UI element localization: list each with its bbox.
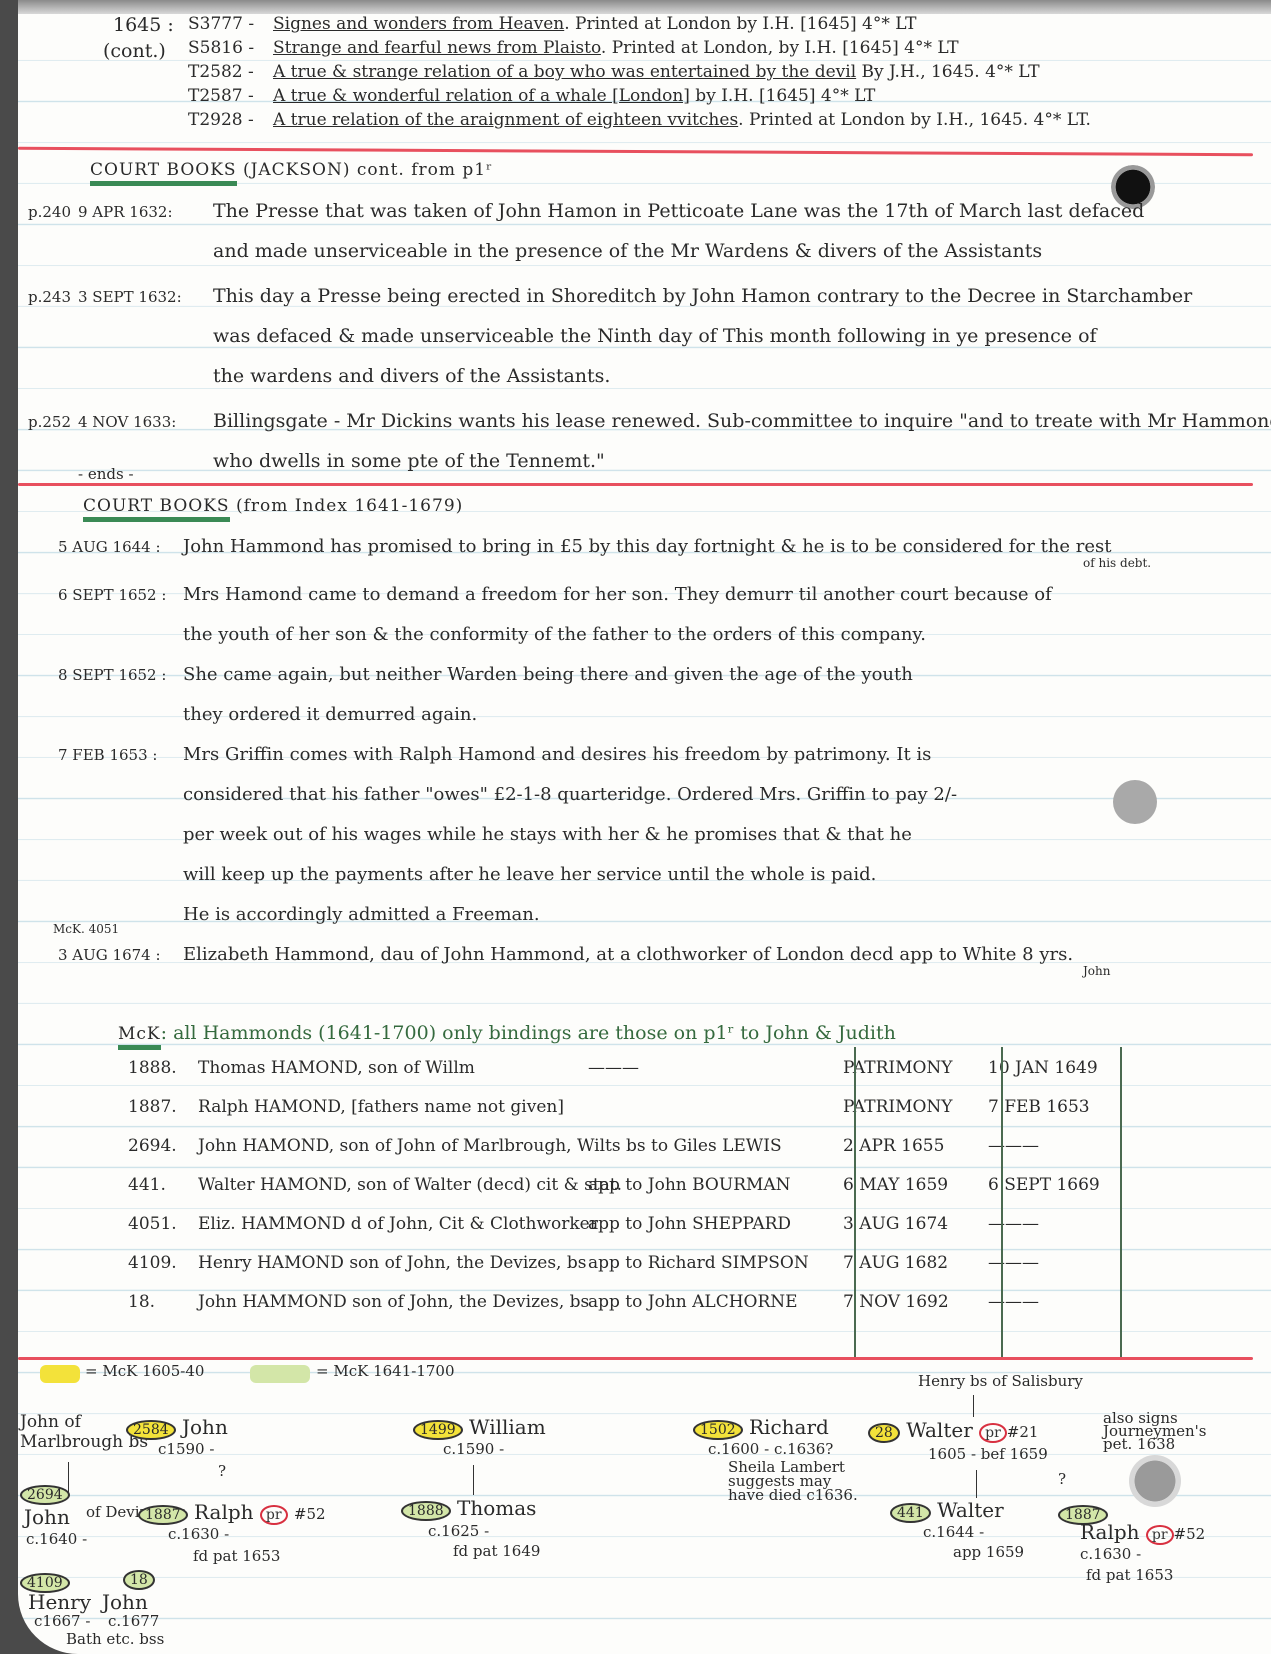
book-title: A true & strange relation of a boy who w… xyxy=(273,62,856,82)
tree-dates: c.1677 xyxy=(108,1612,159,1630)
tree-freedom: fd pat 1653 xyxy=(193,1547,280,1565)
tree-dates: c.1590 - xyxy=(443,1440,504,1458)
row-binding: 7 NOV 1692 xyxy=(843,1292,949,1312)
section-heading-jackson: COURT BOOKS (JACKSON) cont. from p1ʳ xyxy=(90,160,493,180)
table-divider xyxy=(1120,1047,1122,1357)
tree-node-walter-441: 441 Walter xyxy=(890,1498,1004,1523)
row-binding: 6 MAY 1659 xyxy=(843,1175,948,1195)
entry-text: John Hammond has promised to bring in £5… xyxy=(183,536,1112,557)
tree-node-john-2584: 2584 John xyxy=(126,1415,228,1440)
row-binding: PATRIMONY xyxy=(843,1097,953,1117)
tree-node-john-18: 18 xyxy=(123,1565,155,1590)
book-title: Signes and wonders from Heaven xyxy=(273,14,564,34)
table-row: 2694.John HAMOND, son of John of Marlbro… xyxy=(128,1128,1138,1167)
entry-text: This day a Presse being erected in Shore… xyxy=(213,285,1192,307)
entry-text: Mrs Griffin comes with Ralph Hamond and … xyxy=(183,744,931,765)
tree-note-walter: also signsJourneymen'spet. 1638 xyxy=(1103,1412,1206,1451)
page-ref: p.252 xyxy=(28,413,78,431)
row-number: 4109. xyxy=(128,1253,177,1273)
tree-uncertain: ? xyxy=(1058,1470,1066,1488)
tree-dates: c.1644 - xyxy=(923,1523,984,1541)
row-description: Eliz. HAMMOND d of John, Cit & Clothwork… xyxy=(198,1214,598,1234)
tree-note: Bath etc. bss xyxy=(66,1630,164,1648)
page-ref: p.243 xyxy=(28,288,78,306)
estc-code: T2587 - xyxy=(188,86,273,106)
entry-date: 3 SEPT 1632: xyxy=(78,288,208,306)
entry-text: Mrs Hamond came to demand a freedom for … xyxy=(183,584,1052,605)
entry-insert: John xyxy=(1083,964,1111,978)
notebook-page: 1645 : (cont.) S3777 -Signes and wonders… xyxy=(18,0,1271,1654)
tree-connector xyxy=(973,1395,974,1417)
row-number: 2694. xyxy=(128,1136,177,1156)
row-number: 1888. xyxy=(128,1058,177,1078)
row-freedom: 7 FEB 1653 xyxy=(988,1097,1090,1117)
estc-code: S5816 - xyxy=(188,38,273,58)
entry-text: who dwells in some pte of the Tennemt." xyxy=(213,450,605,472)
court-entry: p.2409 APR 1632: xyxy=(28,200,208,222)
entry-date: 4 NOV 1633: xyxy=(78,413,208,431)
bibliography-entry: S3777 -Signes and wonders from Heaven. P… xyxy=(188,14,917,34)
entry-text: Elizabeth Hammond, dau of John Hammond, … xyxy=(183,944,1073,965)
entry-date: 8 SEPT 1652 : xyxy=(58,666,166,684)
entry-text: the wardens and divers of the Assistants… xyxy=(213,365,610,387)
legend-green-label: = McK 1641-1700 xyxy=(316,1362,455,1380)
tree-node-thomas-1888: 1888 Thomas xyxy=(401,1496,536,1521)
estc-code: T2928 - xyxy=(188,110,273,130)
row-freedom: 6 SEPT 1669 xyxy=(988,1175,1100,1195)
tree-dates: c1590 - xyxy=(158,1440,214,1458)
table-row: 4051.Eliz. HAMMOND d of John, Cit & Clot… xyxy=(128,1206,1138,1245)
row-description: Henry HAMOND son of John, the Devizes, b… xyxy=(198,1253,586,1273)
tree-uncertain: ? xyxy=(218,1462,226,1480)
scan-edge xyxy=(18,0,1271,14)
row-number: 4051. xyxy=(128,1214,177,1234)
row-binding: 7 AUG 1682 xyxy=(843,1253,948,1273)
row-apprenticed: app to John ALCHORNE xyxy=(588,1292,798,1312)
tree-dates: c.1625 - xyxy=(428,1522,489,1540)
row-binding: PATRIMONY xyxy=(843,1058,953,1078)
section-heading-index: COURT BOOKS (from Index 1641-1679) xyxy=(83,496,463,516)
tree-dates: c.1640 - xyxy=(26,1530,87,1548)
estc-code: T2582 - xyxy=(188,62,273,82)
entry-text: the youth of her son & the conformity of… xyxy=(183,624,926,645)
row-apprenticed: app to John SHEPPARD xyxy=(588,1214,791,1234)
table-row: 18.John HAMMOND son of John, the Devizes… xyxy=(128,1284,1138,1323)
entry-text: considered that his father "owes" £2-1-8… xyxy=(183,784,957,805)
tree-name: John xyxy=(102,1590,148,1614)
tree-name: Henry xyxy=(28,1590,91,1614)
row-binding: 3 AUG 1674 xyxy=(843,1214,948,1234)
entry-date: 3 AUG 1674 : xyxy=(58,946,161,964)
legend-green-swatch xyxy=(250,1365,310,1383)
table-divider xyxy=(854,1047,856,1357)
entry-text: The Presse that was taken of John Hamon … xyxy=(213,200,1144,222)
entry-date: 6 SEPT 1652 : xyxy=(58,586,166,604)
row-number: 18. xyxy=(128,1292,155,1312)
tree-connector xyxy=(473,1465,474,1495)
year-label: 1645 : xyxy=(113,14,174,36)
mck-table: 1888.Thomas HAMOND, son of Willm———PATRI… xyxy=(128,1050,1138,1323)
tree-freedom: fd pat 1649 xyxy=(453,1542,540,1560)
tree-dates: c.1630 - xyxy=(168,1525,229,1543)
table-divider xyxy=(1001,1047,1003,1357)
tree-node-richard-1502: 1502 Richard xyxy=(693,1415,829,1440)
entry-text: will keep up the payments after he leave… xyxy=(183,864,876,885)
row-description: John HAMMOND son of John, the Devizes, b… xyxy=(198,1292,589,1312)
row-description: John HAMOND, son of John of Marlbrough, … xyxy=(198,1136,782,1156)
divider-line xyxy=(18,147,1253,156)
table-row: 1888.Thomas HAMOND, son of Willm———PATRI… xyxy=(128,1050,1138,1089)
page-ref: p.240 xyxy=(28,203,78,221)
tree-dates: c1667 - xyxy=(34,1612,90,1630)
binder-hole xyxy=(1129,1455,1181,1507)
row-freedom: ——— xyxy=(988,1292,1039,1312)
tree-henry-salisbury: Henry bs of Salisbury xyxy=(918,1372,1083,1390)
divider-line xyxy=(18,483,1253,486)
row-freedom: ——— xyxy=(988,1214,1039,1234)
legend-yellow-label: = McK 1605-40 xyxy=(85,1362,204,1380)
row-freedom: 10 JAN 1649 xyxy=(988,1058,1098,1078)
row-number: 441. xyxy=(128,1175,166,1195)
bibliography-entry: T2587 -A true & wonderful relation of a … xyxy=(188,86,875,106)
court-entry: p.2524 NOV 1633: xyxy=(28,410,208,432)
row-description: Walter HAMOND, son of Walter (decd) cit … xyxy=(198,1175,622,1195)
row-description: Thomas HAMOND, son of Willm xyxy=(198,1058,475,1078)
tree-node-ralph-1887: 1887 Ralph pr #52 xyxy=(138,1500,326,1525)
tree-node-william-1499: 1499 William xyxy=(413,1415,546,1440)
row-binding: 2 APR 1655 xyxy=(843,1136,944,1156)
tree-node-walter-28: 28 Walter pr#21 xyxy=(868,1418,1038,1443)
book-title: A true relation of the araignment of eig… xyxy=(273,110,738,130)
tree-dates: c.1600 - c.1636? xyxy=(708,1440,833,1458)
row-apprenticed: app to Richard SIMPSON xyxy=(588,1253,809,1273)
entry-text: He is accordingly admitted a Freeman. xyxy=(183,904,540,925)
tree-name-ralph: Ralph pr#52 xyxy=(1080,1520,1205,1545)
entry-insert: of his debt. xyxy=(1083,556,1151,570)
tree-node-john-2694: 2694 xyxy=(20,1480,70,1505)
mck-reference: McK. 4051 xyxy=(53,922,119,936)
table-row: 1887.Ralph HAMOND, [fathers name not giv… xyxy=(128,1089,1138,1128)
tree-name: John xyxy=(24,1505,70,1529)
tree-dates: c.1630 - xyxy=(1080,1545,1141,1563)
tree-freedom: fd pat 1653 xyxy=(1086,1566,1173,1584)
imprint: by I.H. [1645] 4°* LT xyxy=(690,86,875,106)
imprint: . Printed at London by I.H., 1645. 4°* L… xyxy=(738,110,1091,130)
binder-hole xyxy=(1113,780,1157,824)
book-title: A true & wonderful relation of a whale [… xyxy=(273,86,690,106)
entry-text: was defaced & made unserviceable the Nin… xyxy=(213,325,1097,347)
bibliography-entry: T2582 -A true & strange relation of a bo… xyxy=(188,62,1040,82)
table-row: 4109.Henry HAMOND son of John, the Deviz… xyxy=(128,1245,1138,1284)
legend-yellow-swatch xyxy=(40,1365,80,1383)
row-number: 1887. xyxy=(128,1097,177,1117)
row-apprenticed: ——— xyxy=(588,1058,639,1078)
imprint: . Printed at London by I.H. [1645] 4°* L… xyxy=(564,14,916,34)
row-freedom: ——— xyxy=(988,1253,1039,1273)
book-title: Strange and fearful news from Plaisto xyxy=(273,38,601,58)
entry-date: 9 APR 1632: xyxy=(78,203,208,221)
bibliography-entry: S5816 -Strange and fearful news from Pla… xyxy=(188,38,959,58)
tree-dates: 1605 - bef 1659 xyxy=(928,1445,1048,1463)
tree-note-richard: Sheila Lambertsuggests mayhave died c163… xyxy=(728,1460,858,1502)
entry-date: 5 AUG 1644 : xyxy=(58,538,161,556)
cont-label: (cont.) xyxy=(103,40,166,62)
row-apprenticed: app to John BOURMAN xyxy=(588,1175,791,1195)
tree-apprenticed: app 1659 xyxy=(953,1543,1024,1561)
entry-text: She came again, but neither Warden being… xyxy=(183,664,913,685)
imprint: By J.H., 1645. 4°* LT xyxy=(856,62,1039,82)
bibliography-entry: T2928 -A true relation of the araignment… xyxy=(188,110,1091,130)
entry-text: Billingsgate - Mr Dickins wants his leas… xyxy=(213,410,1271,432)
entry-text: they ordered it demurred again. xyxy=(183,704,477,725)
divider-line xyxy=(18,1357,1253,1360)
imprint: . Printed at London, by I.H. [1645] 4°* … xyxy=(601,38,959,58)
entry-date: 7 FEB 1653 : xyxy=(58,746,157,764)
estc-code: S3777 - xyxy=(188,14,273,34)
tree-connector xyxy=(976,1470,977,1498)
row-freedom: ——— xyxy=(988,1136,1039,1156)
ends-label: - ends - xyxy=(78,465,134,483)
court-entry: p.2433 SEPT 1632: xyxy=(28,285,208,307)
entry-text: and made unserviceable in the presence o… xyxy=(213,240,1042,262)
table-row: 441.Walter HAMOND, son of Walter (decd) … xyxy=(128,1167,1138,1206)
entry-text: per week out of his wages while he stays… xyxy=(183,824,912,845)
row-description: Ralph HAMOND, [fathers name not given] xyxy=(198,1097,564,1117)
mck-heading: McK: all Hammonds (1641-1700) only bindi… xyxy=(118,1022,896,1044)
